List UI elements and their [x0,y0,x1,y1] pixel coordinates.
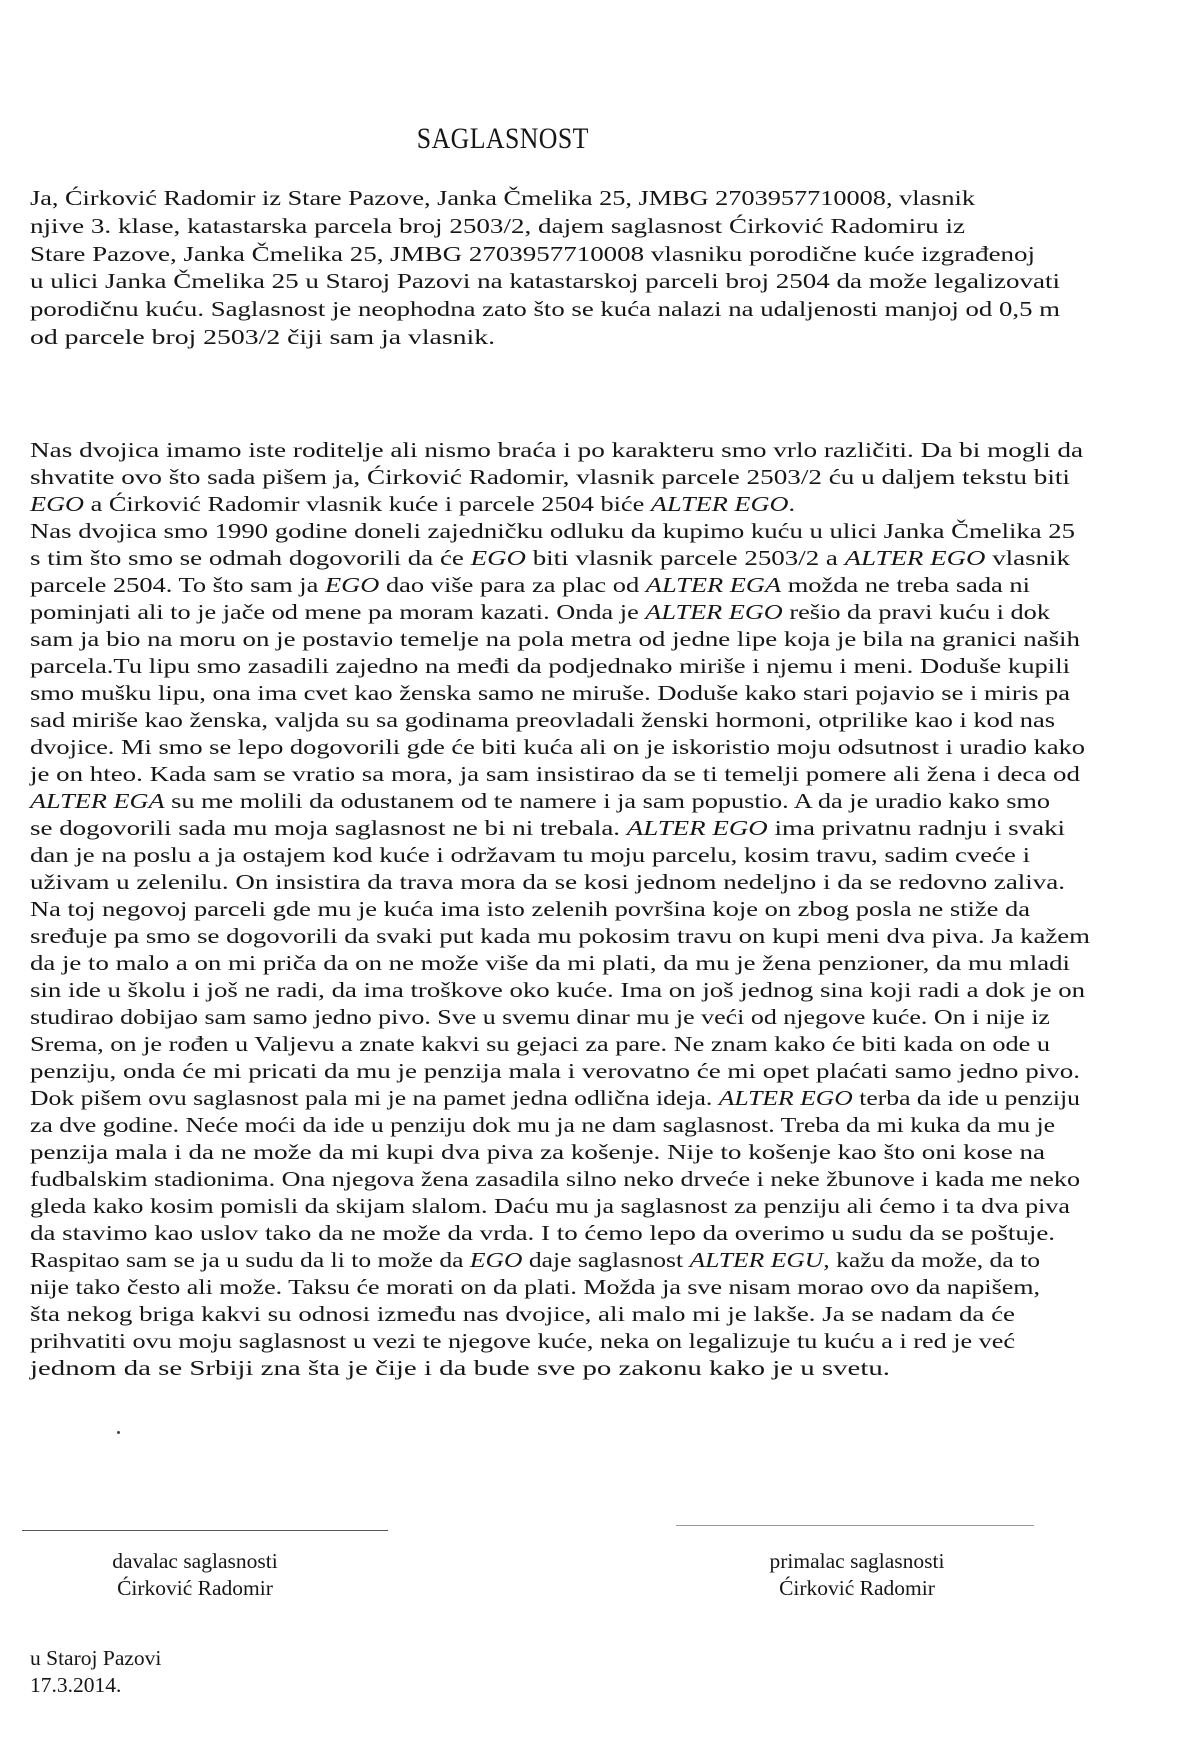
text-line: Dok pišem ovu saglasnost pala mi je na p… [30,1085,1080,1111]
place-date-block: u Staroj Pazovi 17.3.2014. [30,1645,161,1699]
text-line: u ulici Janka Čmelika 25 u Staroj Pazovi… [30,268,1060,294]
text-line: ALTER EGA su me molili da odustanem od t… [30,788,1050,814]
text-run: dao više para za plac od [379,573,645,597]
text-run: jednom da se Srbiji zna šta je čije i da… [30,1356,890,1380]
text-line: se dogovorili sada mu moja saglasnost ne… [30,815,1065,841]
text-run: Ja, Ćirković Radomir iz Stare Pazove, Ja… [30,186,975,210]
text-line: Na toj negovoj parceli gde mu je kuća im… [30,896,1030,922]
text-run: je on hteo. Kada sam se vratio sa mora, … [30,762,1080,786]
text-run: sad miriše kao ženska, valjda su sa godi… [30,708,1055,732]
text-run: da je to malo a on mi priča da on ne mož… [30,951,1070,975]
text-run: Raspitao sam se ja u sudu da li to može … [30,1248,470,1272]
text-run: se dogovorili sada mu moja saglasnost ne… [30,816,627,840]
italic-term: ALTER EGU [689,1248,823,1272]
text-run: , kažu da može, da to [823,1248,1040,1272]
text-run: daje saglasnost [522,1248,689,1272]
receiver-role: primalac saglasnosti [742,1548,972,1575]
text-line: sad miriše kao ženska, valjda su sa godi… [30,707,1055,733]
italic-term: ALTER EGO [627,816,768,840]
text-line: penzija mala i da ne može da mi kupi dva… [30,1139,1045,1165]
text-line: porodičnu kuću. Saglasnost je neophodna … [30,296,1060,322]
text-line: Raspitao sam se ja u sudu da li to može … [30,1247,1040,1273]
place-text: u Staroj Pazovi [30,1645,161,1672]
text-run: u ulici Janka Čmelika 25 u Staroj Pazovi… [30,269,1060,293]
text-line: gleda kako kosim pomisli da skijam slalo… [30,1193,1070,1219]
text-run: Dok pišem ovu saglasnost pala mi je na p… [30,1086,719,1110]
text-run: nije tako često ali može. Taksu će morat… [30,1275,1040,1299]
text-run: Srema, on je rođen u Valjevu a znate kak… [30,1032,1050,1056]
text-run: Stare Pazove, Janka Čmelika 25, JMBG 270… [30,242,1035,266]
italic-term: EGO [471,546,526,570]
text-run: terba da ide u penziju [853,1086,1080,1110]
text-run: penzija mala i da ne može da mi kupi dva… [30,1140,1045,1164]
text-run: parcele 2504. To što sam ja [30,573,325,597]
text-run: pominjati ali to je jače od mene pa mora… [30,600,645,624]
text-line: sređuje pa smo se dogovorili da svaki pu… [30,923,1090,949]
text-run: Nas dvojica smo 1990 godine doneli zajed… [30,519,1075,543]
text-run: prihvatiti ovu moju saglasnost u vezi te… [30,1329,1015,1353]
text-run: za dve godine. Neće moći da ide u penzij… [30,1113,1055,1137]
text-line: fudbalskim stadionima. Ona njegova žena … [30,1166,1080,1192]
text-line: dan je na poslu a ja ostajem kod kuće i … [30,842,1030,868]
text-run: da stavimo kao uslov tako da ne može da … [30,1221,1055,1245]
text-run: penziju, onda će mi pricati da mu je pen… [30,1059,1080,1083]
text-line: parcela.Tu lipu smo zasadili zajedno na … [30,653,1070,679]
giver-role: davalac saglasnosti [80,1548,310,1575]
text-line: dvojice. Mi smo se lepo dogovorili gde ć… [30,734,1085,760]
italic-term: ALTER EGO [651,492,789,516]
text-run: smo mušku lipu, ona ima cvet kao ženska … [30,681,1070,705]
text-run: su me molili da odustanem od te namere i… [165,789,1050,813]
text-run: parcela.Tu lipu smo zasadili zajedno na … [30,654,1070,678]
text-run: porodičnu kuću. Saglasnost je neophodna … [30,297,1060,321]
text-line: smo mušku lipu, ona ima cvet kao ženska … [30,680,1070,706]
text-run: a Ćirković Radomir vlasnik kuće i parcel… [84,492,651,516]
text-run: šta nekog briga kakvi su odnosi između n… [30,1302,1015,1326]
text-run: dan je na poslu a ja ostajem kod kuće i … [30,843,1030,867]
text-line: za dve godine. Neće moći da ide u penzij… [30,1112,1055,1138]
text-line: parcele 2504. To što sam ja EGO dao više… [30,572,1030,598]
text-line: da je to malo a on mi priča da on ne mož… [30,950,1070,976]
text-run: fudbalskim stadionima. Ona njegova žena … [30,1167,1080,1191]
text-line: Nas dvojica smo 1990 godine doneli zajed… [30,518,1075,544]
text-line: od parcele broj 2503/2 čiji sam ja vlasn… [30,324,495,350]
signature-block-receiver: primalac saglasnosti Ćirković Radomir [742,1548,972,1602]
text-run: rešio da pravi kuću i dok [783,600,1050,624]
signature-block-giver: davalac saglasnosti Ćirković Radomir [80,1548,310,1602]
text-line: da stavimo kao uslov tako da ne može da … [30,1220,1055,1246]
text-line: je on hteo. Kada sam se vratio sa mora, … [30,761,1080,787]
text-line: Nas dvojica imamo iste roditelje ali nis… [30,437,1083,463]
date-text: 17.3.2014. [30,1672,161,1699]
text-line: jednom da se Srbiji zna šta je čije i da… [30,1355,890,1381]
text-run: . [788,492,795,516]
italic-term: ALTER EGO [645,600,782,624]
text-line: s tim što smo se odmah dogovorili da će … [30,545,1070,571]
text-run: vlasnik [985,546,1070,570]
text-line: uživam u zelenilu. On insistira da trava… [30,869,1065,895]
title-text: SAGLASNOST [417,122,589,156]
text-run: sam ja bio na moru on je postavio temelj… [30,627,1080,651]
text-run: možda ne treba sada ni [781,573,1030,597]
text-run: njive 3. klase, katastarska parcela broj… [30,214,965,238]
text-run: sin ide u školu i još ne radi, da ima tr… [30,978,1085,1002]
text-run: Nas dvojica imamo iste roditelje ali nis… [30,438,1083,462]
text-line: nije tako često ali može. Taksu će morat… [30,1274,1040,1300]
text-line: EGO a Ćirković Radomir vlasnik kuće i pa… [30,491,795,517]
text-run: sređuje pa smo se dogovorili da svaki pu… [30,924,1090,948]
text-run: s tim što smo se odmah dogovorili da će [30,546,471,570]
italic-term: EGO [470,1248,523,1272]
text-run: studirao dobijao sam samo jedno pivo. Sv… [30,1005,1050,1029]
text-line: shvatite ovo što sada pišem ja, Ćirković… [30,464,1070,490]
italic-term: ALTER EGO [719,1086,853,1110]
text-run: uživam u zelenilu. On insistira da trava… [30,870,1065,894]
signature-line-giver [22,1530,388,1531]
text-line: sin ide u školu i još ne radi, da ima tr… [30,977,1085,1003]
text-run: ima privatnu radnju i svaki [768,816,1065,840]
text-run: Na toj negovoj parceli gde mu je kuća im… [30,897,1030,921]
text-line: pominjati ali to je jače od mene pa mora… [30,599,1050,625]
text-line: Stare Pazove, Janka Čmelika 25, JMBG 270… [30,241,1035,267]
text-line: penziju, onda će mi pricati da mu je pen… [30,1058,1080,1084]
text-run: gleda kako kosim pomisli da skijam slalo… [30,1194,1070,1218]
text-run: biti vlasnik parcele 2503/2 a [526,546,845,570]
italic-term: ALTER EGA [30,789,165,813]
italic-term: ALTER EGA [646,573,781,597]
text-line: njive 3. klase, katastarska parcela broj… [30,213,965,239]
document-page: SAGLASNOST Ja, Ćirković Radomir iz Stare… [0,0,1200,1764]
italic-term: EGO [325,573,379,597]
receiver-name: Ćirković Radomir [742,1575,972,1602]
giver-name: Ćirković Radomir [80,1575,310,1602]
signature-line-receiver [676,1525,1034,1526]
text-run: dvojice. Mi smo se lepo dogovorili gde ć… [30,735,1085,759]
text-line: studirao dobijao sam samo jedno pivo. Sv… [30,1004,1050,1030]
italic-term: EGO [30,492,84,516]
scan-speck [117,1431,120,1434]
text-line: Srema, on je rođen u Valjevu a znate kak… [30,1031,1050,1057]
text-run: od parcele broj 2503/2 čiji sam ja vlasn… [30,325,495,349]
text-line: prihvatiti ovu moju saglasnost u vezi te… [30,1328,1015,1354]
text-line: Ja, Ćirković Radomir iz Stare Pazove, Ja… [30,185,975,211]
text-line: šta nekog briga kakvi su odnosi između n… [30,1301,1015,1327]
italic-term: ALTER EGO [845,546,986,570]
text-run: shvatite ovo što sada pišem ja, Ćirković… [30,465,1070,489]
text-line: sam ja bio na moru on je postavio temelj… [30,626,1080,652]
